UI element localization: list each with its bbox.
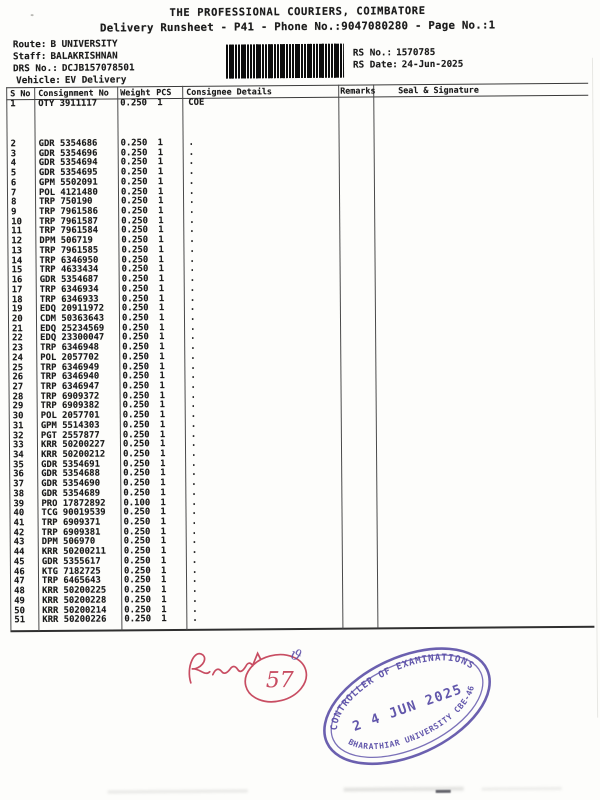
header-consignment-no: Consignment No <box>38 87 109 98</box>
cell-weight: 0.250 <box>124 615 151 625</box>
header-s-no: S No <box>10 88 30 98</box>
cell-weight: 0.250 <box>120 99 147 109</box>
table-bottom-rule <box>10 626 594 632</box>
rs-no-field: RS No.:1570785 <box>353 47 435 59</box>
route-field: Route:B UNIVERSITY <box>13 38 118 50</box>
table-row: 1 OTY 3911117 0.250 1 COE <box>6 96 588 141</box>
scan-smudge <box>436 790 451 793</box>
rs-date-field: RS Date:24-Jun-2025 <box>353 59 463 71</box>
table-body: 1 OTY 3911117 0.250 1 COE 2 GDR 5354686 … <box>6 96 592 626</box>
rs-no-value: 1570785 <box>396 47 435 58</box>
cell-consignment: OTY 3911117 <box>38 100 97 110</box>
route-value: B UNIVERSITY <box>50 38 117 50</box>
document-sheet: THE PROFESSIONAL COURIERS, COIMBATORE De… <box>0 0 600 800</box>
route-label: Route: <box>13 39 47 50</box>
staff-value: BALAKRISHNAN <box>50 50 117 62</box>
vehicle-value: EV Delivery <box>65 74 127 85</box>
scan-smudge <box>482 787 562 791</box>
rs-date-value: 24-Jun-2025 <box>402 59 464 70</box>
vehicle-field: Vehicle:EV Delivery <box>16 74 126 86</box>
cell-consignee: . <box>192 615 197 625</box>
scan-edge-artifact <box>592 58 598 718</box>
table-row: 51 KRR 50200226 0.250 1 . <box>10 612 592 626</box>
drs-no-value: DCJB157078501 <box>62 62 135 74</box>
drs-no-label: DRS No.: <box>13 63 58 74</box>
staff-field: Staff:BALAKRISHNAN <box>13 50 118 62</box>
cell-s-no: 51 <box>14 616 25 626</box>
scanned-delivery-runsheet: THE PROFESSIONAL COURIERS, COIMBATORE De… <box>0 0 600 800</box>
header-seal-signature: Seal & Signature <box>398 85 479 96</box>
runsheet-subtitle: Delivery Runsheet - P41 - Phone No.:9047… <box>0 18 598 36</box>
university-stamp: ✶ CONTROLLER OF EXAMINATIONS ✶ BHARATHIA… <box>300 632 513 780</box>
cell-s-no: 1 <box>10 100 15 110</box>
rs-no-label: RS No.: <box>353 47 392 58</box>
scan-smudge <box>108 789 248 793</box>
barcode-icon <box>226 44 344 79</box>
cell-consignment: KRR 50200226 <box>42 616 106 626</box>
vehicle-label: Vehicle: <box>16 75 61 86</box>
header-pcs: PCS <box>156 87 171 97</box>
header-remarks: Remarks <box>340 85 375 95</box>
handwritten-count: 57 <box>266 668 294 693</box>
header-weight: Weight <box>120 87 150 97</box>
cell-consignee: COE <box>188 99 204 109</box>
staff-label: Staff: <box>13 51 47 62</box>
rs-date-label: RS Date: <box>353 59 398 70</box>
cell-pcs: 1 <box>157 99 162 109</box>
drs-no-field: DRS No.:DCJB157078501 <box>13 62 135 74</box>
header-consignee-details: Consignee Details <box>186 86 272 97</box>
cell-pcs: 1 <box>161 615 166 625</box>
